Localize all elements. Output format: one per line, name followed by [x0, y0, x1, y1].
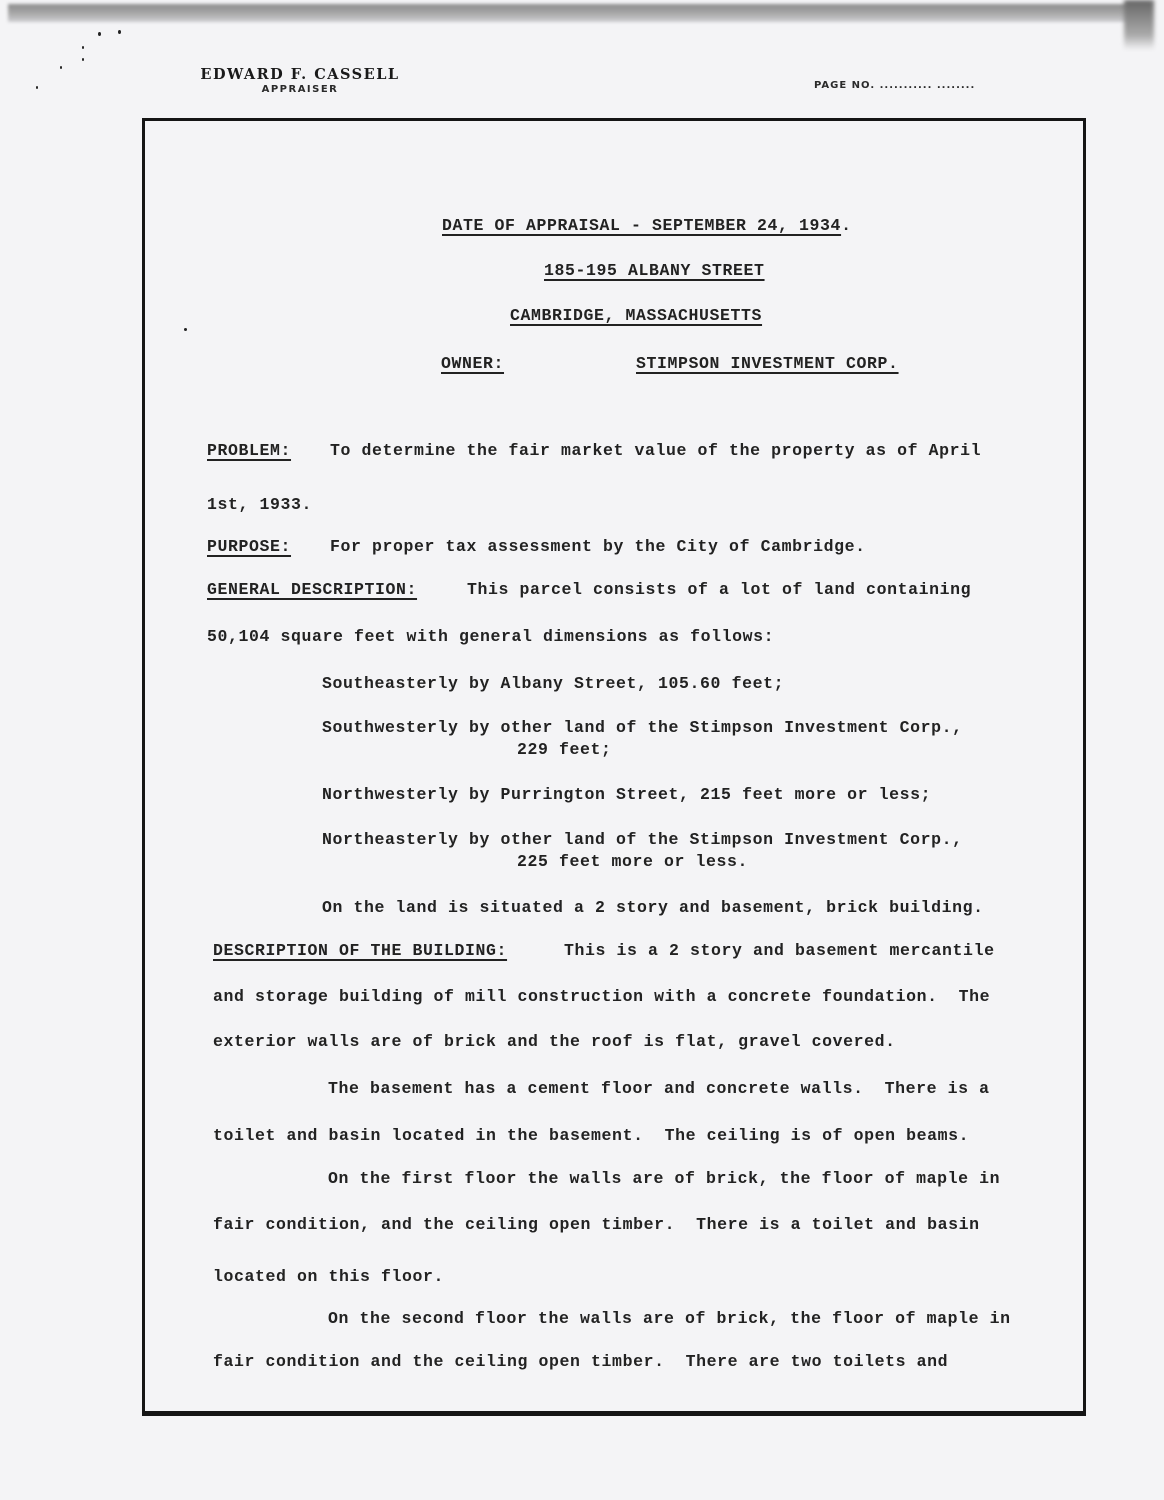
- building-line: located on this floor.: [213, 1267, 444, 1286]
- problem-label: PROBLEM:: [207, 441, 291, 460]
- boundary-northeast: Northeasterly by other land of the Stimp…: [322, 830, 963, 849]
- speck: [82, 46, 84, 49]
- speck: [60, 66, 62, 69]
- building-line: On the second floor the walls are of bri…: [328, 1309, 1011, 1328]
- boundary-northwest: Northwesterly by Purrington Street, 215 …: [322, 785, 931, 804]
- appraiser-title: APPRAISER: [154, 84, 446, 95]
- date-of-appraisal: DATE OF APPRAISAL - SEPTEMBER 24, 1934.: [442, 216, 852, 235]
- speck: [82, 58, 84, 61]
- date-text: DATE OF APPRAISAL - SEPTEMBER 24, 1934: [442, 216, 841, 235]
- problem-text-line2: 1st, 1933.: [207, 495, 312, 514]
- building-line: This is a 2 story and basement mercantil…: [564, 941, 995, 960]
- purpose-label: PURPOSE:: [207, 537, 291, 556]
- building-line: exterior walls are of brick and the roof…: [213, 1032, 896, 1051]
- building-line: toilet and basin located in the basement…: [213, 1126, 969, 1145]
- date-period: .: [841, 216, 852, 235]
- property-city: CAMBRIDGE, MASSACHUSETTS: [510, 306, 762, 325]
- speck: [36, 86, 38, 89]
- building-line: fair condition, and the ceiling open tim…: [213, 1215, 980, 1234]
- purpose-text: For proper tax assessment by the City of…: [330, 537, 866, 556]
- boundary-southeast: Southeasterly by Albany Street, 105.60 f…: [322, 674, 784, 693]
- general-description-label: GENERAL DESCRIPTION:: [207, 580, 417, 599]
- building-line: The basement has a cement floor and conc…: [328, 1079, 990, 1098]
- appraiser-name: EDWARD F. CASSELL: [154, 66, 446, 83]
- building-line: and storage building of mill constructio…: [213, 987, 990, 1006]
- general-description-closing: On the land is situated a 2 story and ba…: [322, 898, 984, 917]
- scan-corner-shadow: [1124, 0, 1154, 50]
- page-number-field: PAGE NO. ........... ........: [814, 80, 975, 91]
- building-line: fair condition and the ceiling open timb…: [213, 1352, 948, 1371]
- boundary-northeast-cont: 225 feet more or less.: [517, 852, 748, 871]
- speck: [118, 30, 121, 34]
- boundary-southwest-cont: 229 feet;: [517, 740, 612, 759]
- problem-text-line1: To determine the fair market value of th…: [330, 441, 981, 460]
- scan-edge-shadow: [8, 4, 1148, 22]
- building-line: On the first floor the walls are of bric…: [328, 1169, 1000, 1188]
- owner-label: OWNER:: [441, 354, 504, 373]
- boundary-southwest: Southwesterly by other land of the Stimp…: [322, 718, 963, 737]
- property-address: 185-195 ALBANY STREET: [544, 261, 765, 280]
- owner-value: STIMPSON INVESTMENT CORP.: [636, 354, 899, 373]
- speck: [98, 32, 101, 36]
- general-description-line1: This parcel consists of a lot of land co…: [467, 580, 971, 599]
- building-description-label: DESCRIPTION OF THE BUILDING:: [213, 941, 507, 960]
- general-description-line2: 50,104 square feet with general dimensio…: [207, 627, 774, 646]
